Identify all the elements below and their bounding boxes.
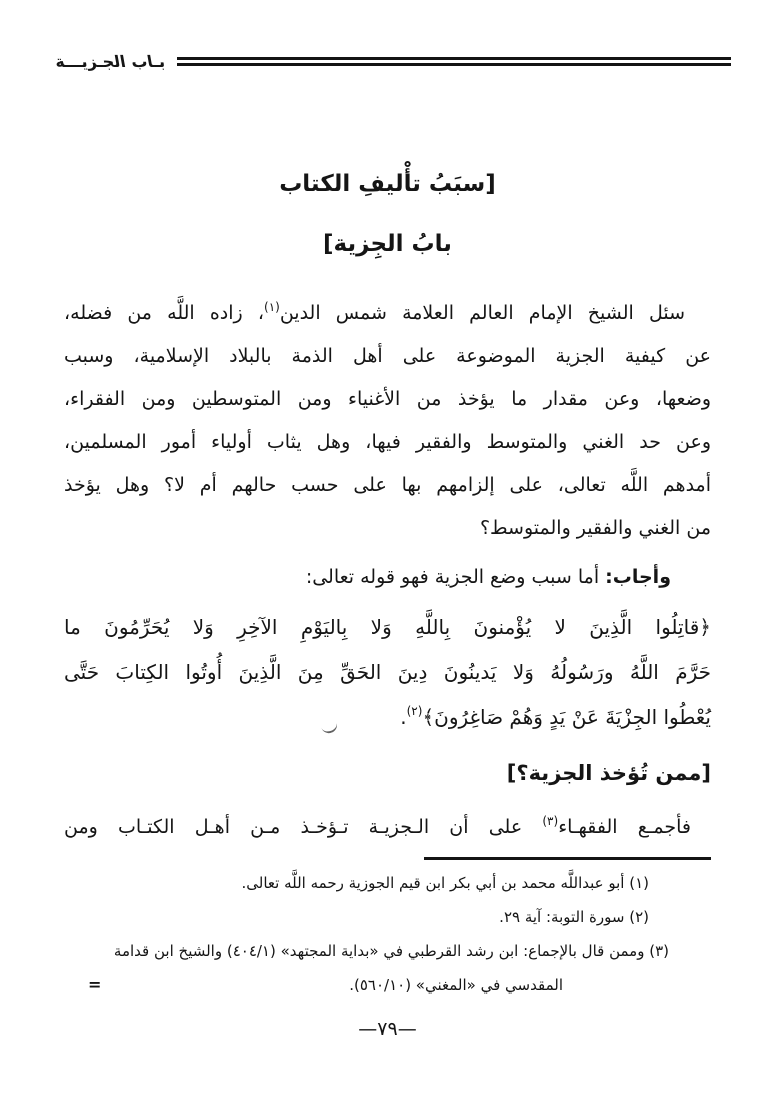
- answer-label: وأجاب:: [605, 566, 671, 588]
- footnote-2: (٢) سورة التوبة: آية ٢٩.: [64, 900, 711, 934]
- verse-line-3: يُعْطُوا الجِزْيَةَ عَنْ يَدٍ وَهُمْ صَا…: [64, 695, 711, 740]
- question-text: ، زاده اللَّه من فضله،: [64, 302, 264, 324]
- question-paragraph: سئل الشيخ الإمام العالم العلامة شمس الدي…: [64, 292, 711, 550]
- footnote-ref-2: (٢): [407, 704, 423, 718]
- page-number: —٧٩—: [64, 1016, 711, 1042]
- answer-text: أما سبب وضع الجزية فهو قوله تعالى:: [306, 566, 605, 588]
- quran-verse: ﴿قاتِلُوا الَّذِينَ لا يُؤْمنونَ بِاللَّ…: [64, 605, 711, 740]
- question-line-5: أمدهم اللَّه تعالى، على إلزامهم بها على …: [64, 464, 711, 507]
- book-reason-title-line: [سبَبُ تأْليفِ الكتاب: [64, 168, 711, 200]
- footnote-3-line-1: (٣) وممن قال بالإجماع: ابن رشد القرطبي ف…: [64, 934, 711, 968]
- question-line-6: من الغني والفقير والمتوسط؟: [64, 507, 711, 550]
- question-line-2: عن كيفية الجزية الموضوعة على أهل الذمة ب…: [64, 335, 711, 378]
- consensus-text: فأجمـع الفقهـاء: [558, 816, 691, 838]
- question-line-1: سئل الشيخ الإمام العالم العلامة شمس الدي…: [64, 292, 711, 335]
- section-heading-who-pays-jizya: [ممن تُؤخذ الجزية؟]: [64, 754, 711, 792]
- page-content: [سبَبُ تأْليفِ الكتاب بابُ الجِزية] سئل …: [0, 0, 757, 1102]
- footnote-continuation-mark: =: [88, 968, 101, 1002]
- verse-line-1: ﴿قاتِلُوا الَّذِينَ لا يُؤْمنونَ بِاللَّ…: [64, 605, 711, 650]
- question-text: سئل الشيخ الإمام العالم العلامة شمس الدي…: [280, 302, 685, 324]
- answer-intro-line: وأجاب: أما سبب وضع الجزية فهو قوله تعالى…: [64, 556, 711, 599]
- footnote-ref-3: (٣): [542, 814, 558, 828]
- book-page: بـاب الجـزيـــة [سبَبُ تأْليفِ الكتاب با…: [0, 0, 757, 1102]
- footnote-3-text: المقدسي في «المغني» (٥٦٠/١٠).: [349, 976, 563, 994]
- chapter-title-line: بابُ الجِزية]: [64, 228, 711, 260]
- footnote-separator-rule: [424, 857, 711, 860]
- footnote-ref-1: (١): [264, 300, 280, 314]
- consensus-paragraph-line: فأجمـع الفقهـاء(٣) على أن الـجزيـة تـؤخـ…: [64, 806, 711, 849]
- footnote-3-line-2: المقدسي في «المغني» (٥٦٠/١٠). =: [64, 968, 711, 1002]
- consensus-text: على أن الـجزيـة تـؤخـذ مـن أهـل الكتـاب …: [64, 816, 542, 838]
- question-line-4: وعن حد الغني والمتوسط والفقير فيها، وهل …: [64, 421, 711, 464]
- verse-text: .: [400, 705, 406, 729]
- question-line-3: وضعها، وعن مقدار ما يؤخذ من الأغنياء ومن…: [64, 378, 711, 421]
- verse-text: يُعْطُوا الجِزْيَةَ عَنْ يَدٍ وَهُمْ صَا…: [422, 705, 711, 729]
- footnotes-block: (١) أبو عبداللَّه محمد بن أبي بكر ابن قي…: [64, 866, 711, 1002]
- footnote-1: (١) أبو عبداللَّه محمد بن أبي بكر ابن قي…: [64, 866, 711, 900]
- verse-line-2: حَرَّمَ اللَّهُ ورَسُولُهُ وَلا يَدينُون…: [64, 650, 711, 695]
